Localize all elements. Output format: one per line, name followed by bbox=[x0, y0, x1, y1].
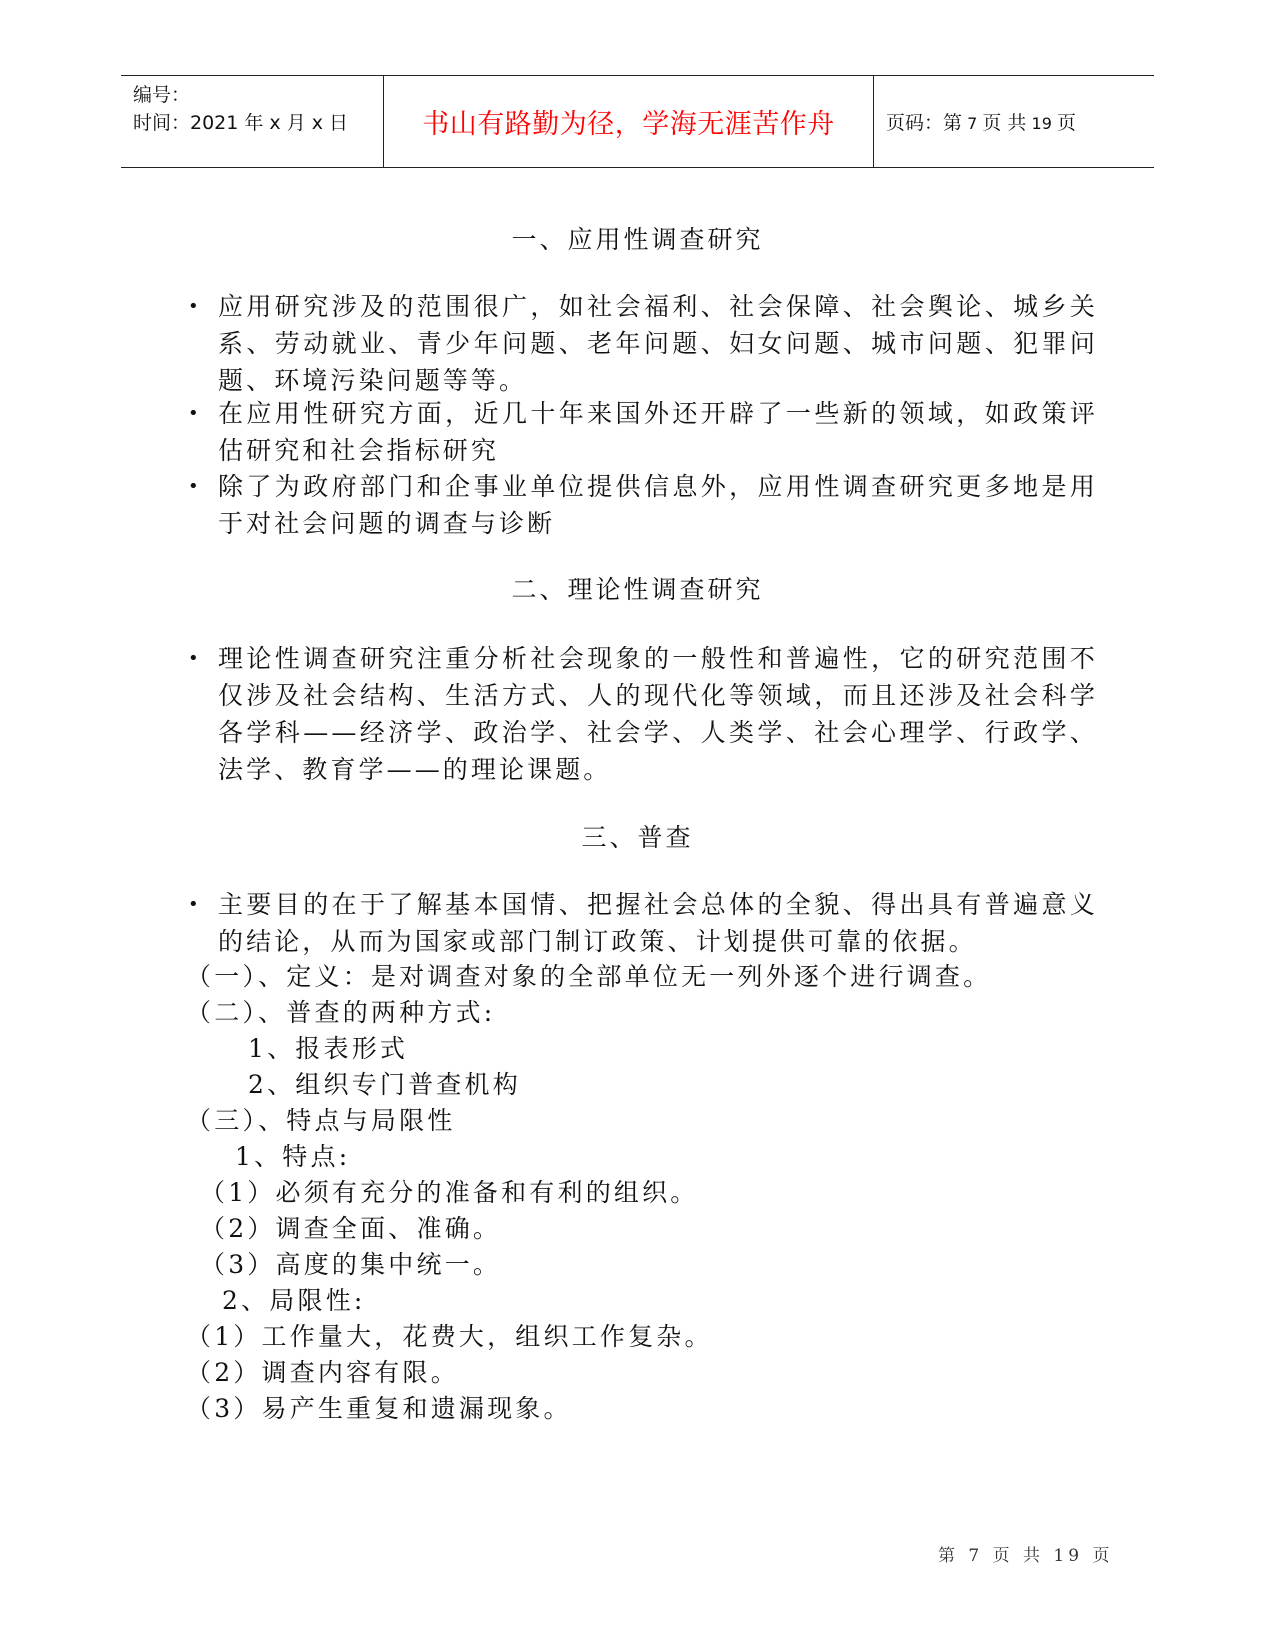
bullet-item: • 应用研究涉及的范围很广，如社会福利、社会保障、社会舆论、城乡关系、劳动就业、… bbox=[188, 288, 1098, 399]
page-prefix: 页码：第 bbox=[886, 112, 962, 134]
limitation-item: （3）易产生重复和遗漏现象。 bbox=[186, 1390, 572, 1427]
feature-item: （1）必须有充分的准备和有利的组织。 bbox=[200, 1174, 699, 1211]
page-mid: 页 共 bbox=[982, 112, 1026, 134]
subsection-features-limits: （三）、特点与局限性 bbox=[186, 1102, 456, 1139]
list-item-report-form: 1、报表形式 bbox=[248, 1030, 408, 1067]
limitation-item: （2）调查内容有限。 bbox=[186, 1354, 459, 1391]
page-footer: 第 7 页 共 19 页 bbox=[938, 1541, 1113, 1566]
subsection-two-methods: （二）、普查的两种方式: bbox=[186, 994, 495, 1031]
feature-item: （3）高度的集中统一。 bbox=[200, 1246, 501, 1283]
document-date: 时间：2021 年 x 月 x 日 bbox=[133, 109, 383, 137]
list-item-census-agency: 2、组织专门普查机构 bbox=[248, 1066, 521, 1103]
header-page-cell: 页码：第 7 页 共 19 页 bbox=[874, 76, 1154, 167]
bullet-item: • 在应用性研究方面，近几十年来国外还开辟了一些新的领域，如政策评估研究和社会指… bbox=[188, 395, 1098, 469]
list-item-features: 1、特点: bbox=[235, 1138, 350, 1175]
header-meta-cell: 编号： 时间：2021 年 x 月 x 日 bbox=[121, 76, 384, 167]
feature-item: （2）调查全面、准确。 bbox=[200, 1210, 501, 1247]
bullet-icon: • bbox=[188, 288, 208, 325]
page-total: 19 bbox=[1026, 114, 1057, 133]
header-page-number: 页码：第 7 页 共 19 页 bbox=[886, 108, 1154, 135]
document-number-label: 编号： bbox=[133, 81, 383, 109]
section-heading-census: 三、普查 bbox=[0, 818, 1275, 854]
bullet-icon: • bbox=[188, 395, 208, 432]
list-item-limitations: 2、局限性: bbox=[222, 1282, 366, 1319]
bullet-icon: • bbox=[188, 886, 208, 923]
section-heading-theoretical-research: 二、理论性调查研究 bbox=[0, 570, 1275, 606]
bullet-item: • 除了为政府部门和企事业单位提供信息外，应用性调查研究更多地是用于对社会问题的… bbox=[188, 468, 1098, 542]
bullet-item: • 主要目的在于了解基本国情、把握社会总体的全貌、得出具有普遍意义的结论，从而为… bbox=[188, 886, 1098, 960]
limitation-item: （1）工作量大，花费大，组织工作复杂。 bbox=[186, 1318, 713, 1355]
page-suffix: 页 bbox=[1057, 112, 1076, 134]
motto-text: 书山有路勤为径，学海无涯苦作舟 bbox=[422, 102, 835, 141]
subsection-definition: （一）、定义：是对调查对象的全部单位无一列外逐个进行调查。 bbox=[186, 958, 991, 995]
bullet-icon: • bbox=[188, 468, 208, 505]
document-header: 编号： 时间：2021 年 x 月 x 日 书山有路勤为径，学海无涯苦作舟 页码… bbox=[121, 75, 1154, 168]
bullet-item: • 理论性调查研究注重分析社会现象的一般性和普遍性，它的研究范围不仅涉及社会结构… bbox=[188, 640, 1098, 788]
section-heading-applied-research: 一、应用性调查研究 bbox=[0, 220, 1275, 256]
header-motto-cell: 书山有路勤为径，学海无涯苦作舟 bbox=[384, 76, 874, 167]
bullet-icon: • bbox=[188, 640, 208, 677]
page-current: 7 bbox=[962, 114, 982, 133]
